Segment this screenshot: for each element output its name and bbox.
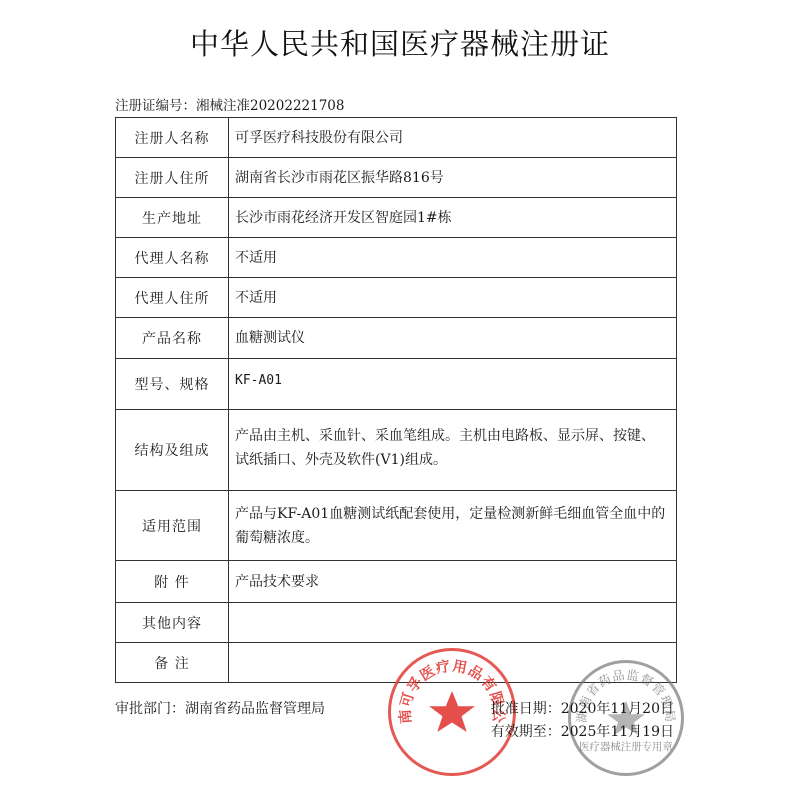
row-value: 不适用 xyxy=(229,238,677,278)
row-label: 型号、规格 xyxy=(116,359,229,410)
valid-until: 有效期至：2025年11月19日 xyxy=(491,721,674,744)
row-value: 湖南省长沙市雨花区振华路816号 xyxy=(229,158,677,198)
row-label: 生产地址 xyxy=(116,198,229,238)
row-label: 备 注 xyxy=(116,643,229,683)
table-row: 附 件 产品技术要求 xyxy=(116,561,677,603)
valid-until-value: 2025年11月19日 xyxy=(561,724,674,740)
document-title: 中华人民共和国医疗器械注册证 xyxy=(0,22,800,63)
row-label: 代理人名称 xyxy=(116,238,229,278)
table-row: 注册人名称 可孚医疗科技股份有限公司 xyxy=(116,118,677,158)
row-value xyxy=(229,603,677,643)
row-value: 产品技术要求 xyxy=(229,561,677,603)
row-value: 不适用 xyxy=(229,278,677,318)
row-label: 产品名称 xyxy=(116,318,229,359)
approval-department: 审批部门：湖南省药品监督管理局 xyxy=(115,698,325,718)
row-value: KF-A01 xyxy=(229,359,677,410)
star-icon xyxy=(429,691,475,732)
row-label: 代理人住所 xyxy=(116,278,229,318)
row-value xyxy=(229,643,677,683)
approval-date-label: 批准日期： xyxy=(491,701,561,717)
table-row: 代理人住所 不适用 xyxy=(116,278,677,318)
table-row: 型号、规格 KF-A01 xyxy=(116,359,677,410)
row-label: 结构及组成 xyxy=(116,410,229,491)
row-value: 血糖测试仪 xyxy=(229,318,677,359)
certificate-table: 注册人名称 可孚医疗科技股份有限公司 注册人住所 湖南省长沙市雨花区振华路816… xyxy=(115,117,677,683)
row-label: 注册人名称 xyxy=(116,118,229,158)
row-label: 其他内容 xyxy=(116,603,229,643)
approval-department-value: 湖南省药品监督管理局 xyxy=(185,701,325,717)
table-row: 备 注 xyxy=(116,643,677,683)
table-row: 生产地址 长沙市雨花经济开发区智庭园1#栋 xyxy=(116,198,677,238)
table-row: 其他内容 xyxy=(116,603,677,643)
table-row: 代理人名称 不适用 xyxy=(116,238,677,278)
row-value: 产品由主机、采血针、采血笔组成。主机由电路板、显示屏、按键、试纸插口、外壳及软件… xyxy=(229,410,677,491)
registration-number-line: 注册证编号：湘械注准20202221708 xyxy=(115,94,344,114)
row-label: 适用范围 xyxy=(116,491,229,561)
approval-date-value: 2020年11月20日 xyxy=(561,701,674,717)
registration-number: 湘械注准20202221708 xyxy=(196,98,344,114)
table-row: 结构及组成 产品由主机、采血针、采血笔组成。主机由电路板、显示屏、按键、试纸插口… xyxy=(116,410,677,491)
row-label: 附 件 xyxy=(116,561,229,603)
row-label: 注册人住所 xyxy=(116,158,229,198)
approval-date: 批准日期：2020年11月20日 xyxy=(491,698,674,721)
table-row: 产品名称 血糖测试仪 xyxy=(116,318,677,359)
date-block: 批准日期：2020年11月20日 有效期至：2025年11月19日 xyxy=(491,698,674,744)
registration-number-label: 注册证编号： xyxy=(115,98,196,114)
table-row: 注册人住所 湖南省长沙市雨花区振华路816号 xyxy=(116,158,677,198)
row-value: 长沙市雨花经济开发区智庭园1#栋 xyxy=(229,198,677,238)
row-value: 产品与KF-A01血糖测试纸配套使用，定量检测新鲜毛细血管全血中的葡萄糖浓度。 xyxy=(229,491,677,561)
valid-until-label: 有效期至： xyxy=(491,724,561,740)
row-value: 可孚医疗科技股份有限公司 xyxy=(229,118,677,158)
approval-department-label: 审批部门： xyxy=(115,701,185,717)
table-row: 适用范围 产品与KF-A01血糖测试纸配套使用，定量检测新鲜毛细血管全血中的葡萄… xyxy=(116,491,677,561)
